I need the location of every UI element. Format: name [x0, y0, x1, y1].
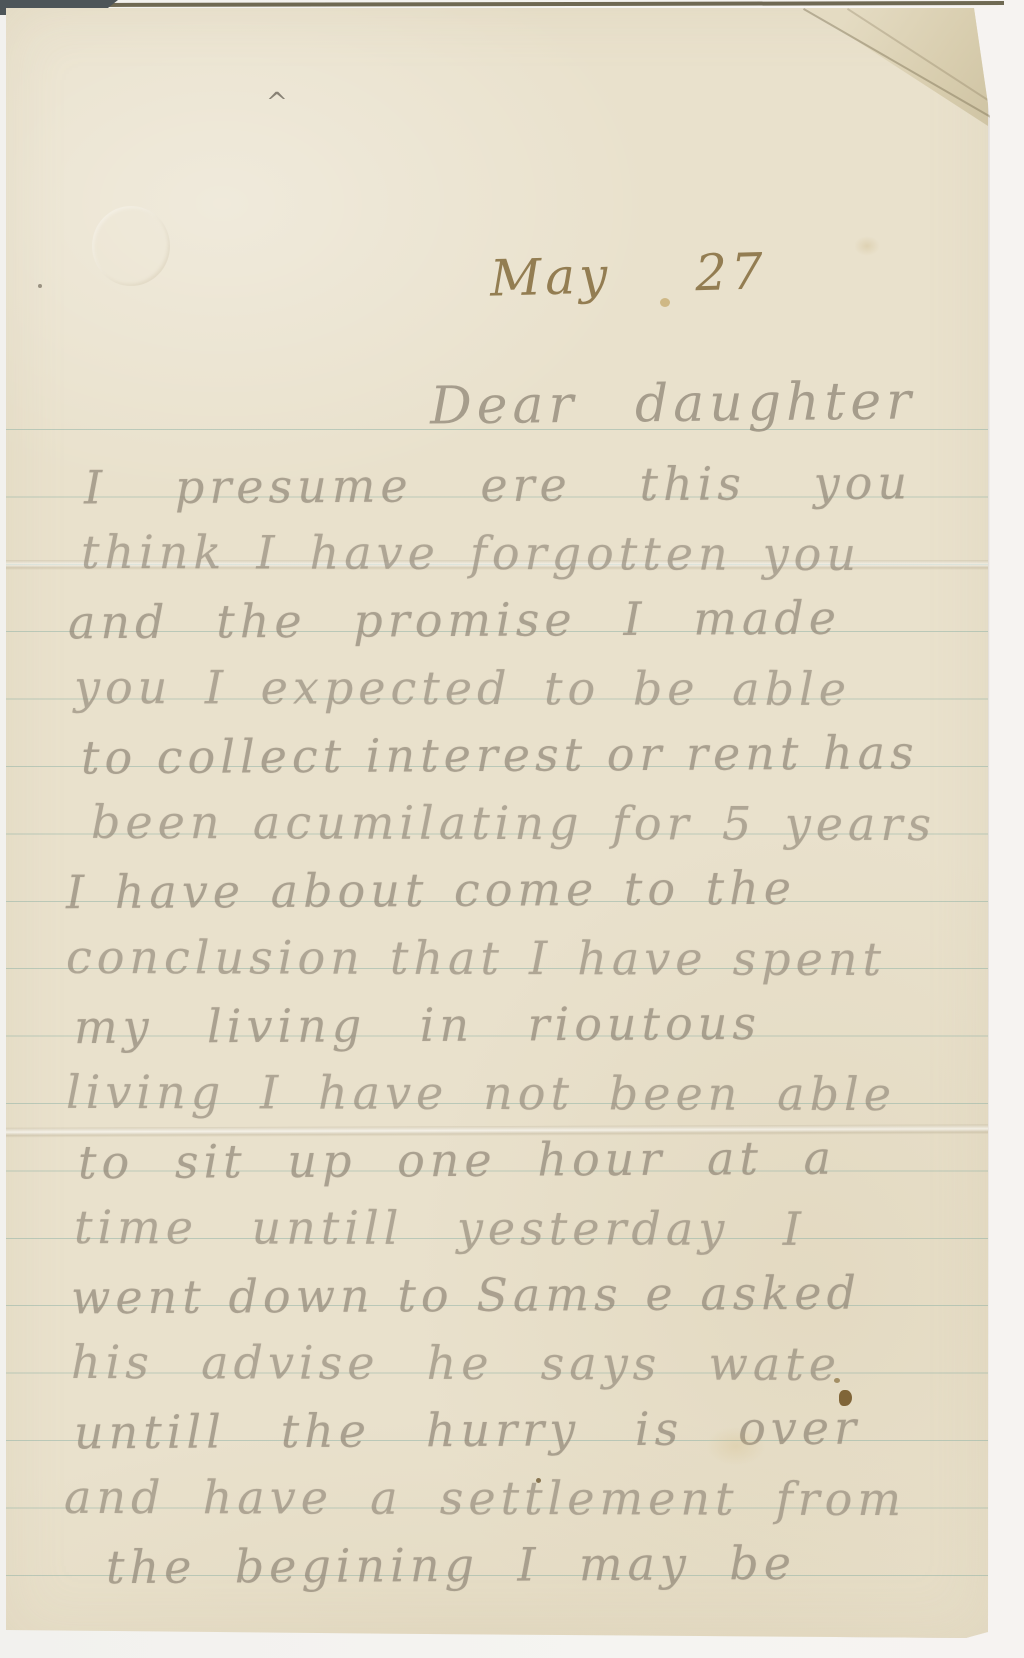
paper-stain — [706, 1426, 766, 1466]
body-line: the begining I may be — [106, 1537, 796, 1593]
paper-stain — [536, 1478, 541, 1483]
body-line: been acumilating for 5 years — [91, 796, 936, 850]
body-line: to sit up one hour at a — [78, 1132, 836, 1189]
body-line: his advise he says wate — [71, 1336, 841, 1390]
body-line: living I have not been able — [66, 1066, 896, 1120]
paper-stain — [854, 236, 880, 256]
letter-paper: ^ May 27 Dear daughter I presume ere thi… — [6, 8, 988, 1638]
dog-ear-fold — [798, 8, 988, 126]
body-line: think I have forgotten you — [81, 526, 861, 580]
body-line: to collect interest or rent has — [81, 727, 886, 784]
body-line: conclusion that I have spent — [66, 931, 886, 985]
paper-stain — [660, 298, 670, 307]
body-line: you I expected to be able — [74, 661, 851, 715]
paper-stain — [38, 284, 42, 288]
body-line: went down to Sams e asked — [71, 1267, 861, 1324]
paper-stain — [834, 1378, 840, 1383]
backing-edge-line — [104, 1, 1004, 7]
scanned-letter-page: ^ May 27 Dear daughter I presume ere thi… — [0, 0, 1024, 1658]
date-line: May 27 — [489, 242, 767, 307]
body-line: and the promise I made — [68, 592, 841, 649]
salutation: Dear daughter — [430, 371, 917, 436]
embossed-seal — [92, 206, 170, 286]
body-line: I presume ere this you — [84, 456, 912, 513]
body-line: time untill yesterday I — [74, 1201, 806, 1255]
body-line: and have a settlement from — [64, 1471, 906, 1525]
body-line: I have about come to the — [66, 862, 796, 918]
body-line: my living in rioutous — [74, 997, 761, 1053]
pencil-caret-mark: ^ — [266, 88, 288, 118]
